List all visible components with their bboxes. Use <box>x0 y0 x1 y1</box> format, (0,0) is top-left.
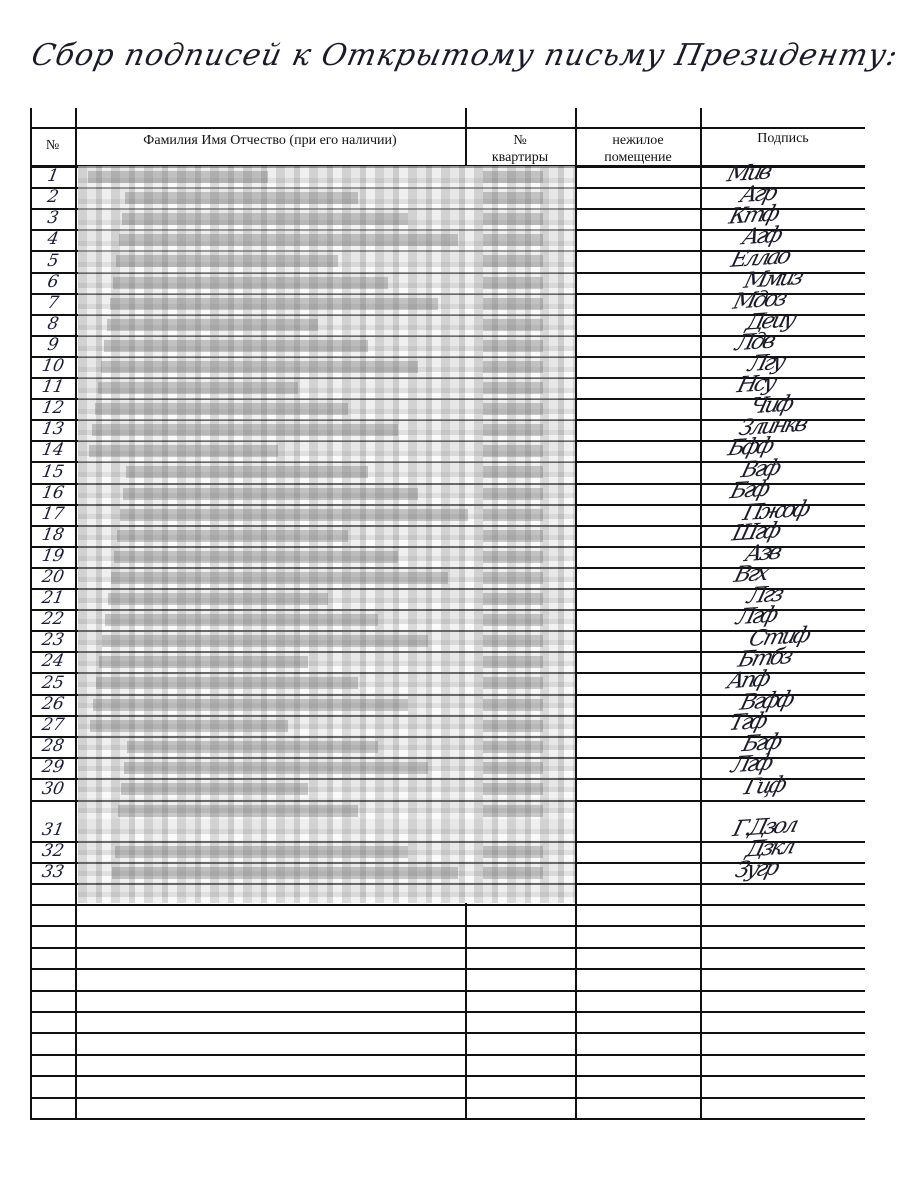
redacted-apartment <box>483 530 543 542</box>
column-line <box>465 903 467 1118</box>
redacted-apartment <box>483 319 543 331</box>
row-number: 29 <box>30 757 76 777</box>
row-number: 15 <box>30 462 76 482</box>
row-number: 24 <box>30 651 76 671</box>
redacted-name <box>89 445 278 457</box>
row-number: 22 <box>30 609 76 629</box>
row-number: 28 <box>30 736 76 756</box>
redacted-name <box>114 551 398 563</box>
row-number: 32 <box>30 841 76 861</box>
row-number: 16 <box>30 483 76 503</box>
row-number: 14 <box>30 440 76 460</box>
row-number: 21 <box>30 588 76 608</box>
redacted-apartment <box>483 382 543 394</box>
redacted-apartment <box>483 699 543 711</box>
row-number: 5 <box>30 251 76 271</box>
row-number: 26 <box>30 694 76 714</box>
header-non-residential: нежилое помещение <box>576 132 700 166</box>
redacted-name <box>102 635 428 647</box>
row-line <box>30 127 865 129</box>
redacted-name <box>88 171 268 183</box>
row-number: 1 <box>30 166 76 186</box>
redacted-apartment <box>483 551 543 563</box>
row-number: 10 <box>30 356 76 376</box>
redacted-name <box>101 361 418 373</box>
row-line <box>30 904 865 906</box>
row-number: 19 <box>30 546 76 566</box>
row-number: 17 <box>30 504 76 524</box>
redacted-name <box>124 762 428 774</box>
signature-sheet: Сбор подписей к Открытому письму Президе… <box>0 0 920 1200</box>
row-number: 33 <box>30 862 76 882</box>
handwritten-signature: Зугр <box>732 856 779 884</box>
redacted-apartment <box>483 677 543 689</box>
redacted-name <box>118 805 358 817</box>
row-number: 4 <box>30 229 76 249</box>
handwritten-signature: Гцф <box>741 773 786 801</box>
header-signature: Подпись <box>701 130 865 147</box>
redacted-apartment <box>483 277 543 289</box>
redacted-apartment <box>483 593 543 605</box>
redacted-apartment <box>483 635 543 647</box>
redacted-name <box>108 593 328 605</box>
redacted-apartment <box>483 762 543 774</box>
column-line <box>75 108 77 1118</box>
row-number: 23 <box>30 630 76 650</box>
redacted-apartment <box>483 656 543 668</box>
row-number: 7 <box>30 293 76 313</box>
redacted-apartment <box>483 403 543 415</box>
redacted-apartment <box>483 488 543 500</box>
row-line <box>30 968 865 970</box>
redacted-apartment <box>483 466 543 478</box>
redacted-apartment <box>483 171 543 183</box>
redacted-name <box>117 530 348 542</box>
row-number: 8 <box>30 314 76 334</box>
redacted-name <box>92 424 398 436</box>
row-number: 6 <box>30 272 76 292</box>
redacted-name <box>116 255 338 267</box>
header-apartment: № квартиры <box>466 132 574 166</box>
header-full-name: Фамилия Имя Отчество (при его наличии) <box>76 132 464 149</box>
redacted-apartment <box>483 234 543 246</box>
row-number: 12 <box>30 398 76 418</box>
row-number: 3 <box>30 208 76 228</box>
row-number: 27 <box>30 715 76 735</box>
row-line <box>30 1075 865 1077</box>
redacted-apartment <box>483 298 543 310</box>
redacted-name <box>119 234 458 246</box>
redacted-name <box>105 614 378 626</box>
row-line <box>30 1054 865 1056</box>
redacted-names-region <box>78 166 575 903</box>
redacted-name <box>90 720 288 732</box>
redacted-apartment <box>483 720 543 732</box>
row-number: 30 <box>30 779 76 799</box>
redacted-apartment <box>483 846 543 858</box>
redacted-apartment <box>483 213 543 225</box>
column-line <box>700 108 702 1118</box>
redacted-name <box>123 488 418 500</box>
row-number: 11 <box>30 377 76 397</box>
row-line <box>30 947 865 949</box>
row-line <box>30 1118 865 1120</box>
redacted-name <box>111 572 448 584</box>
row-number: 18 <box>30 525 76 545</box>
redacted-apartment <box>483 361 543 373</box>
redacted-name <box>99 656 308 668</box>
redacted-apartment <box>483 572 543 584</box>
redacted-name <box>125 192 358 204</box>
row-number: 2 <box>30 187 76 207</box>
redacted-name <box>112 867 458 879</box>
row-line <box>30 1032 865 1034</box>
redacted-name <box>93 699 408 711</box>
row-number: 25 <box>30 673 76 693</box>
redacted-apartment <box>483 805 543 817</box>
row-number: 31 <box>30 820 76 840</box>
row-number: 13 <box>30 419 76 439</box>
redacted-apartment <box>483 614 543 626</box>
redacted-name <box>120 509 468 521</box>
row-line <box>30 1011 865 1013</box>
redacted-name <box>95 403 348 415</box>
redacted-apartment <box>483 509 543 521</box>
row-line <box>30 990 865 992</box>
row-number: 9 <box>30 335 76 355</box>
redacted-name <box>110 298 438 310</box>
redacted-name <box>121 783 308 795</box>
redacted-apartment <box>483 741 543 753</box>
handwritten-title: Сбор подписей к Открытому письму Президе… <box>28 38 901 73</box>
redacted-name <box>113 277 388 289</box>
redacted-name <box>107 319 318 331</box>
redacted-apartment <box>483 867 543 879</box>
redacted-name <box>115 846 408 858</box>
redacted-name <box>122 213 408 225</box>
redacted-name <box>126 466 368 478</box>
column-line <box>575 108 577 1118</box>
redacted-apartment <box>483 783 543 795</box>
redacted-name <box>96 677 358 689</box>
redacted-apartment <box>483 424 543 436</box>
row-line <box>30 1097 865 1099</box>
row-line <box>30 925 865 927</box>
redacted-apartment <box>483 255 543 267</box>
redacted-name <box>104 340 368 352</box>
row-number: 20 <box>30 567 76 587</box>
redacted-name <box>98 382 298 394</box>
redacted-apartment <box>483 192 543 204</box>
redacted-apartment <box>483 445 543 457</box>
redacted-name <box>127 741 378 753</box>
header-number: № <box>30 137 75 154</box>
redacted-apartment <box>483 340 543 352</box>
